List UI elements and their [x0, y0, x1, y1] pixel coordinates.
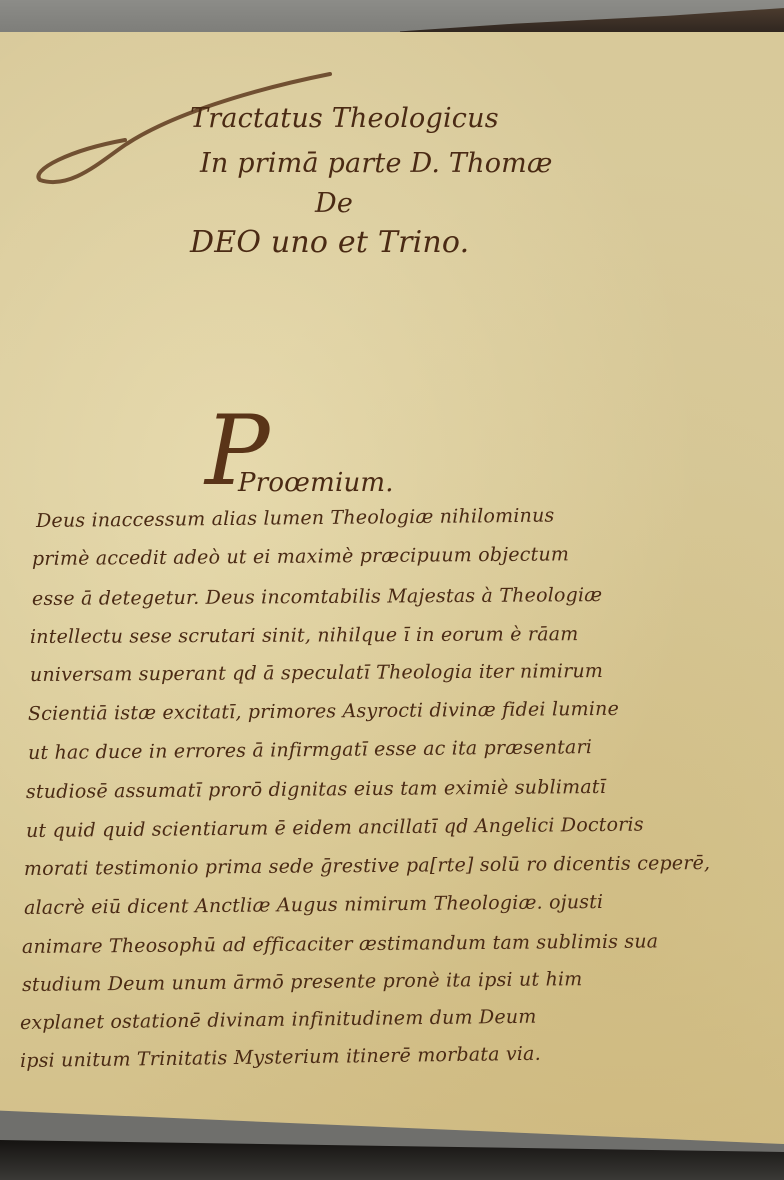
body-line-2: primè accedit adeò ut ei maximè præcipuu… — [32, 543, 569, 570]
title-line-2: In primā parte D. Thomæ — [200, 148, 553, 179]
section-heading: Proœmium. — [238, 468, 394, 498]
title-line-3: De — [315, 188, 353, 219]
title-line-1: Tractatus Theologicus — [190, 103, 499, 134]
body-line-4: intellectu sese scrutari sinit, nihilque… — [30, 623, 579, 648]
body-line-5: universam superant qd ā speculatī Theolo… — [30, 660, 603, 686]
page-bottom-shadow — [0, 1140, 784, 1180]
body-line-3: esse ā detegetur. Deus incomtabilis Maje… — [32, 584, 602, 610]
title-line-4: DEO uno et Trino. — [190, 225, 469, 260]
